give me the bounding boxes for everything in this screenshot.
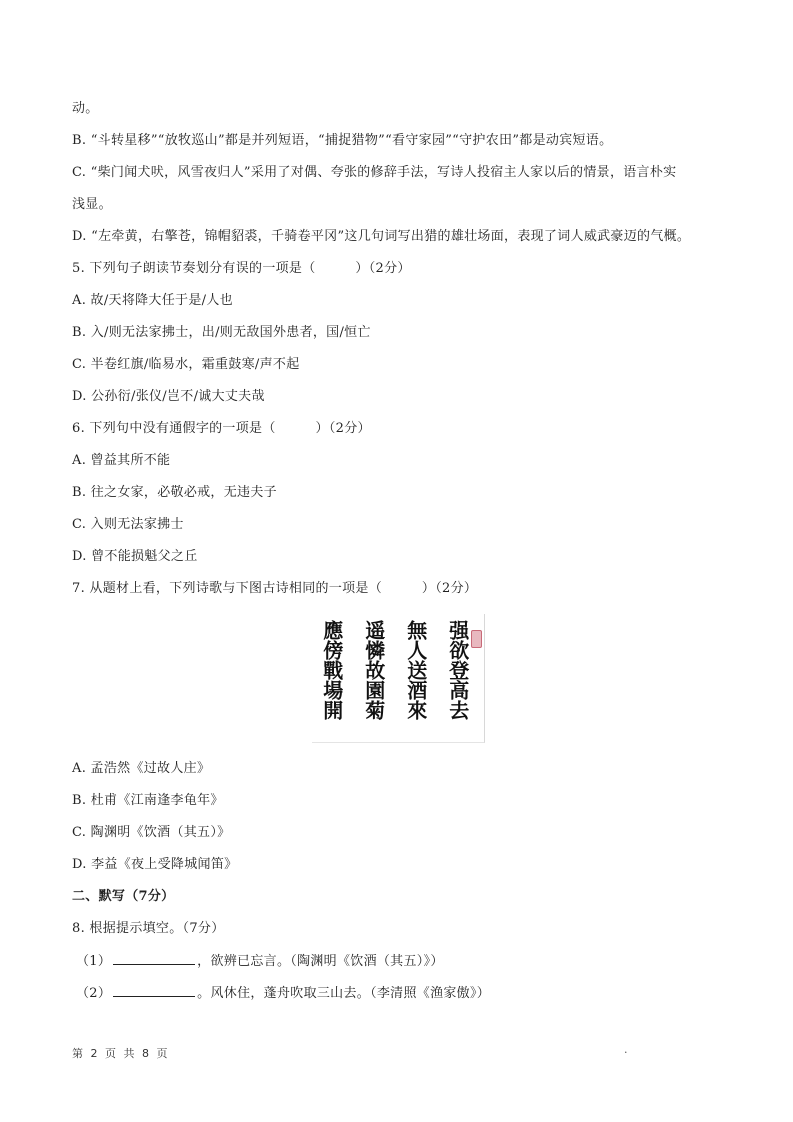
question-5-stem: 5. 下列句子朗读节奏划分有误的一项是（ ）（2分） — [72, 260, 411, 278]
q6-option-c: C. 入则无法家拂士 — [72, 516, 184, 534]
q7-option-b: B. 杜甫《江南逢李龟年》 — [72, 792, 224, 810]
option-b-q4: B. “斗转星移”“放牧巡山”都是并列短语，“捕捉猎物”“看守家园”“守护农田”… — [72, 132, 612, 150]
question-8-stem: 8. 根据提示填空。（7分） — [72, 920, 225, 938]
poem-column-2: 無人送酒來 — [400, 620, 430, 720]
q5-option-c: C. 半卷红旗/临易水，霜重鼓寒/声不起 — [72, 356, 300, 374]
q7-option-c: C. 陶渊明《饮酒（其五）》 — [72, 824, 230, 842]
section-2-title: 二、默写（7分） — [72, 888, 174, 906]
item-text: 。风休住，蓬舟吹取三山去。（李清照《渔家傲》） — [197, 986, 490, 1001]
text-line-continued: 浅显。 — [72, 196, 112, 214]
q7-option-d: D. 李益《夜上受降城闻笛》 — [72, 856, 237, 874]
page-number-footer: 第 2 页 共 8 页 — [72, 1045, 169, 1061]
q8-item-2: （2）。风休住，蓬舟吹取三山去。（李清照《渔家傲》） — [76, 984, 490, 1003]
document-page: 动。 B. “斗转星移”“放牧巡山”都是并列短语，“捕捉猎物”“看守家园”“守护… — [0, 0, 793, 1122]
q5-option-d: D. 公孙衍/张仪/岂不/诚大丈夫哉 — [72, 388, 265, 406]
question-7-stem: 7. 从题材上看，下列诗歌与下图古诗相同的一项是（ ）（2分） — [72, 580, 477, 598]
poem-column-3: 遥憐故園菊 — [358, 620, 388, 720]
option-c-q4: C. “柴门闻犬吠，风雪夜归人”采用了对偶、夸张的修辞手法，写诗人投宿主人家以后… — [72, 164, 676, 182]
q8-item-1: （1），欲辨已忘言。（陶渊明《饮酒（其五）》） — [76, 952, 444, 971]
poem-line-1: 强欲登高去 — [445, 620, 469, 720]
question-6-stem: 6. 下列句中没有通假字的一项是（ ）（2分） — [72, 420, 371, 438]
q7-option-a: A. 孟浩然《过故人庄》 — [72, 760, 210, 778]
footer-dot: . — [624, 1043, 628, 1056]
q6-option-b: B. 往之女家，必敬必戒，无违夫子 — [72, 484, 277, 502]
item-number: （1） — [76, 954, 111, 969]
q6-option-d: D. 曾不能损魁父之丘 — [72, 548, 198, 566]
item-number: （2） — [76, 986, 111, 1001]
calligraphy-poem-image: 强欲登高去 無人送酒來 遥憐故園菊 應傍戰場開 — [312, 614, 485, 743]
text-line: 动。 — [72, 100, 99, 118]
item-text: ，欲辨已忘言。（陶渊明《饮酒（其五）》） — [197, 954, 444, 969]
q6-option-a: A. 曾益其所不能 — [72, 452, 170, 470]
poem-column-4: 應傍戰場開 — [316, 620, 346, 720]
seal-stamp-icon — [471, 630, 482, 648]
poem-line-4: 應傍戰場開 — [319, 620, 343, 720]
q5-option-a: A. 故/天将降大任于是/人也 — [72, 292, 233, 310]
poem-column-1: 强欲登高去 — [442, 620, 472, 720]
poem-line-3: 遥憐故園菊 — [361, 620, 385, 720]
fill-blank-1[interactable] — [113, 952, 195, 965]
poem-line-2: 無人送酒來 — [403, 620, 427, 720]
option-d-q4: D. “左牵黄，右擎苍，锦帽貂裘，千骑卷平冈”这几句词写出猎的雄壮场面，表现了词… — [72, 228, 690, 246]
q5-option-b: B. 入/则无法家拂士，出/则无敌国外患者，国/恒亡 — [72, 324, 371, 342]
fill-blank-2[interactable] — [113, 984, 195, 997]
